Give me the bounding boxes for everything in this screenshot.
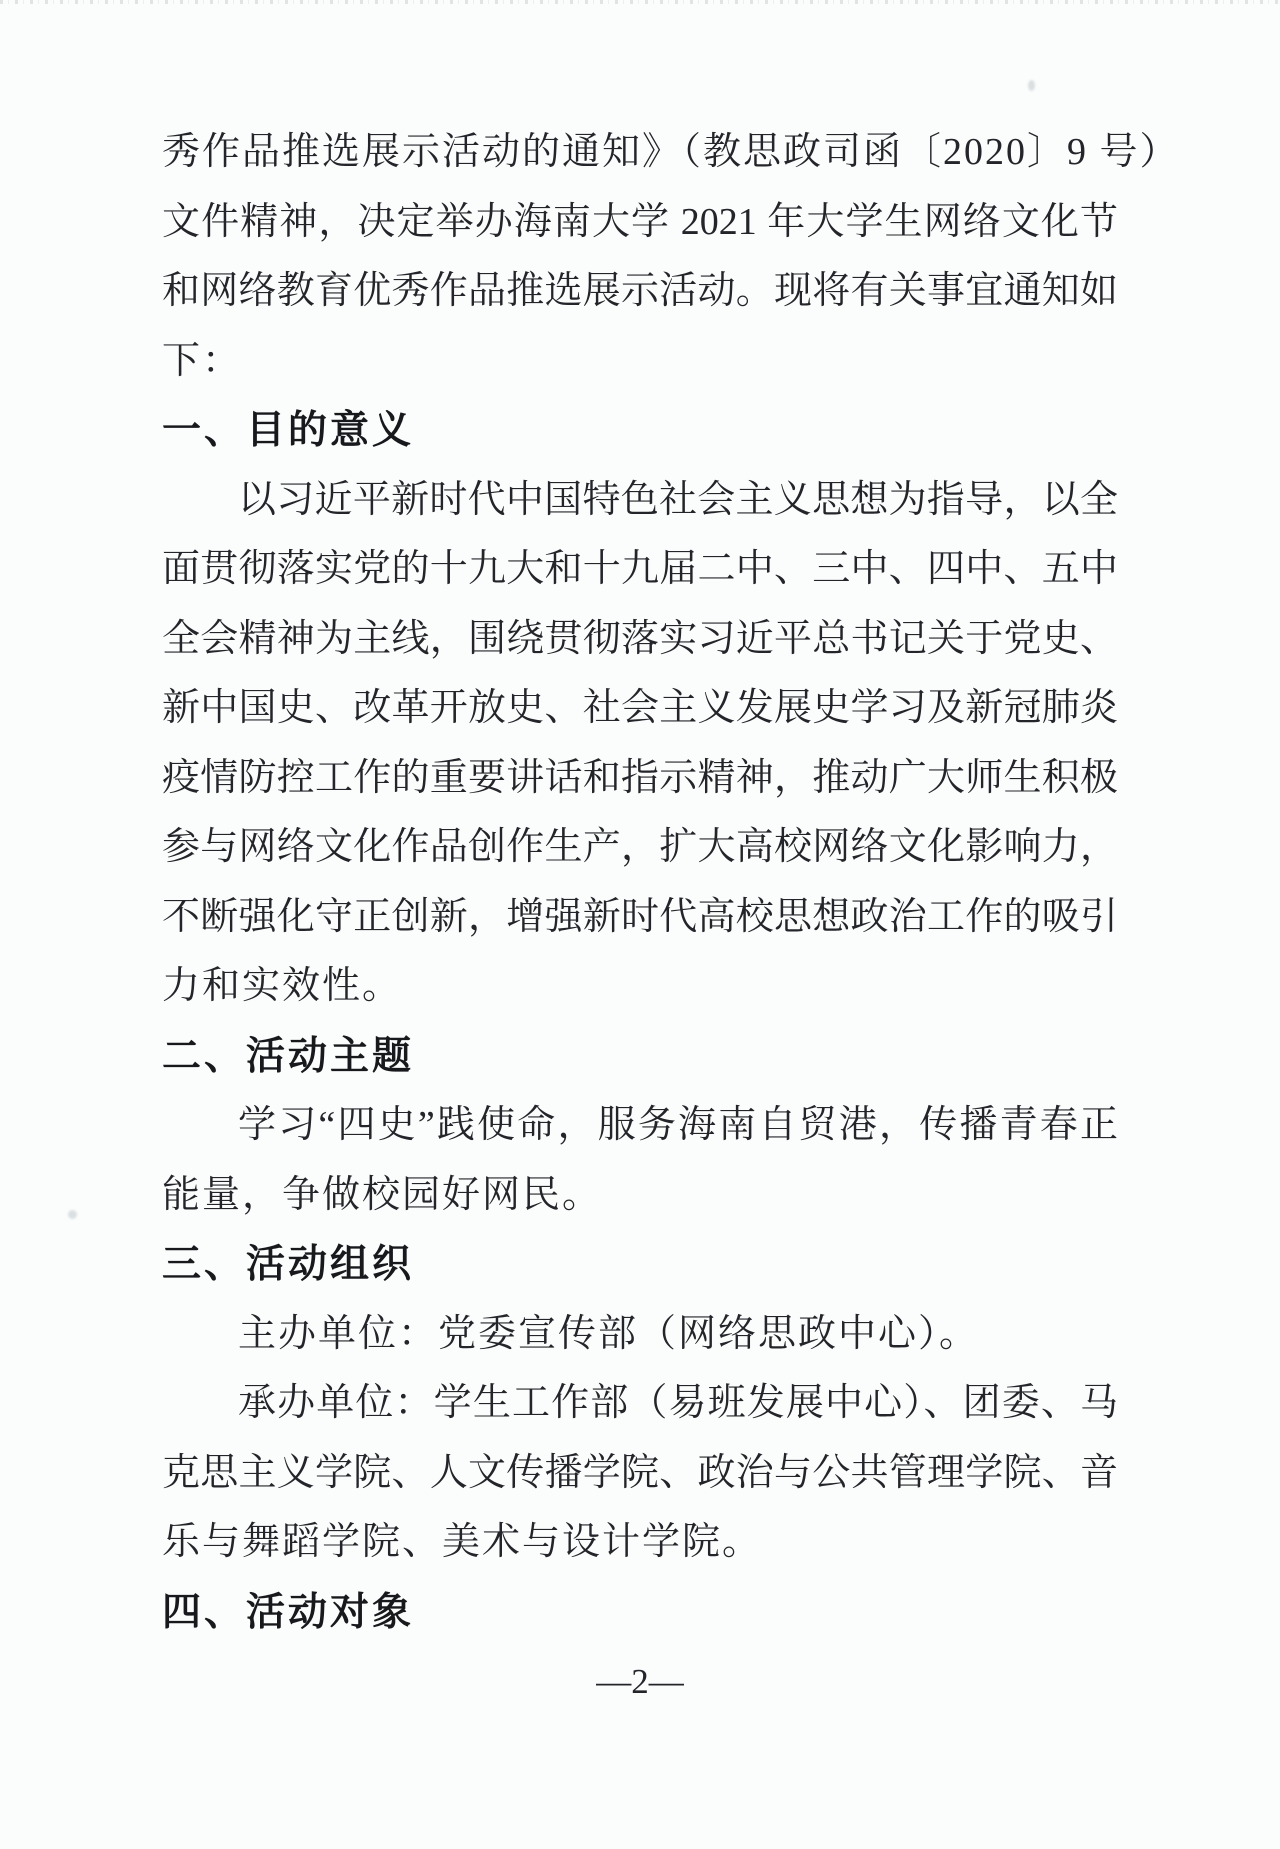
text-line: 疫情防控工作的重要讲话和指示精神，推动广大师生积极 [162,744,1118,814]
text-line: 下： [162,327,1118,397]
text-line: 和网络教育优秀作品推选展示活动。现将有关事宜通知如 [162,257,1118,327]
text-line: 学习“四史”践使命，服务海南自贸港，传播青春正 [162,1091,1118,1161]
scan-speck-artifact [1028,80,1035,91]
text-line: 以习近平新时代中国特色社会主义思想为指导，以全 [162,466,1118,536]
text-line: 面贯彻落实党的十九大和十九届二中、三中、四中、五中 [162,535,1118,605]
text-line: 文件精神，决定举办海南大学 2021 年大学生网络文化节 [162,188,1118,258]
scanned-document-page: 秀作品推选展示活动的通知》（教思政司函〔2020〕9 号）文件精神，决定举办海南… [0,0,1280,1849]
document-lines: 秀作品推选展示活动的通知》（教思政司函〔2020〕9 号）文件精神，决定举办海南… [162,118,1118,1647]
text-line: 主办单位：党委宣传部（网络思政中心）。 [162,1300,1118,1370]
scan-speck-artifact [68,1210,77,1219]
text-line: 克思主义学院、人文传播学院、政治与公共管理学院、音 [162,1439,1118,1509]
text-line: 乐与舞蹈学院、美术与设计学院。 [162,1508,1118,1578]
section-heading: 二、活动主题 [162,1022,1118,1092]
section-heading: 四、活动对象 [162,1578,1118,1648]
page-number: —2— [0,1662,1280,1702]
text-line: 承办单位：学生工作部（易班发展中心）、团委、马 [162,1369,1118,1439]
text-line: 参与网络文化作品创作生产，扩大高校网络文化影响力， [162,813,1118,883]
text-line: 秀作品推选展示活动的通知》（教思政司函〔2020〕9 号） [162,118,1118,188]
text-line: 力和实效性。 [162,952,1118,1022]
text-line: 新中国史、改革开放史、社会主义发展史学习及新冠肺炎 [162,674,1118,744]
text-line: 不断强化守正创新，增强新时代高校思想政治工作的吸引 [162,883,1118,953]
section-heading: 三、活动组织 [162,1230,1118,1300]
section-heading: 一、目的意义 [162,396,1118,466]
scan-noise-artifact [0,0,1280,4]
text-line: 全会精神为主线，围绕贯彻落实习近平总书记关于党史、 [162,605,1118,675]
text-line: 能量，争做校园好网民。 [162,1161,1118,1231]
